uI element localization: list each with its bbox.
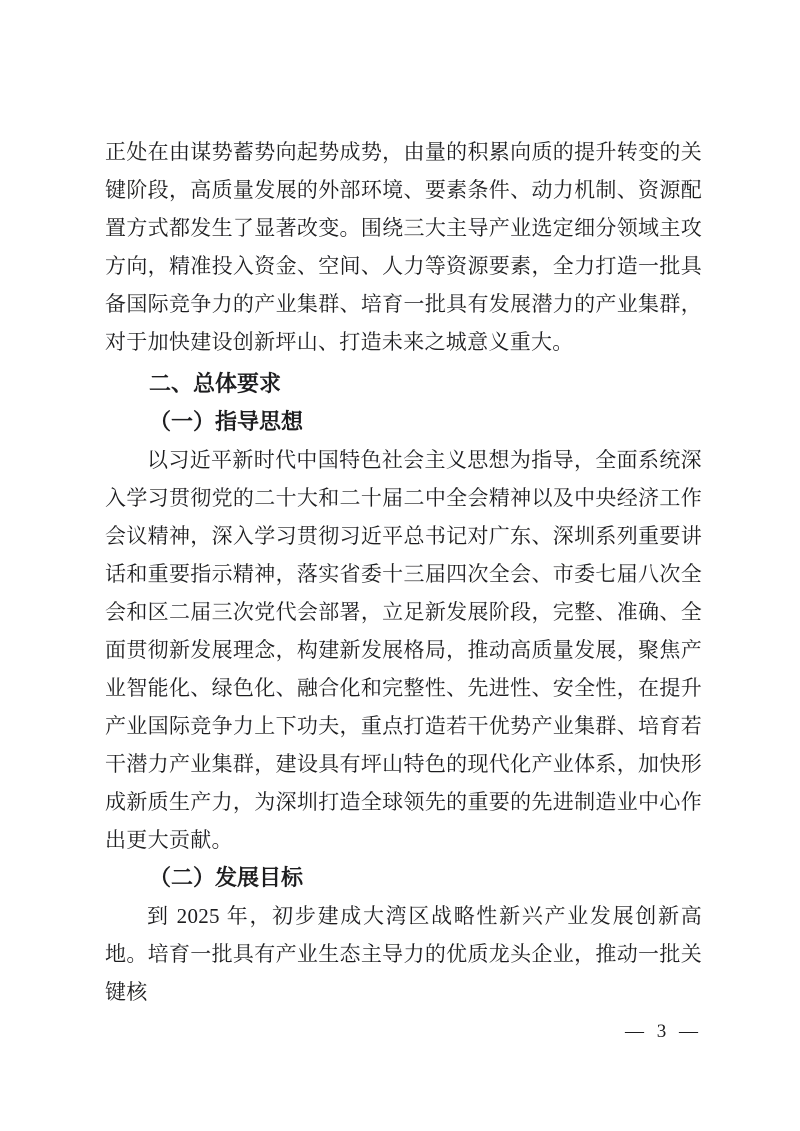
document-page: 正处在由谋势蓄势向起势成势，由量的积累向质的提升转变的关键阶段，高质量发展的外部… [0, 0, 800, 1131]
page-number: — 3 — [625, 1020, 702, 1044]
paragraph-continuation: 正处在由谋势蓄势向起势成势，由量的积累向质的提升转变的关键阶段，高质量发展的外部… [105, 133, 702, 361]
paragraph-development-goals: 到 2025 年，初步建成大湾区战略性新兴产业发展创新高地。培育一批具有产业生态… [105, 897, 702, 1011]
subsection-heading-development-goals: （二）发展目标 [105, 859, 702, 897]
paragraph-guiding-ideology: 以习近平新时代中国特色社会主义思想为指导，全面系统深入学习贯彻党的二十大和二十届… [105, 441, 702, 859]
section-heading-overall-requirements: 二、总体要求 [105, 365, 702, 403]
document-body: 正处在由谋势蓄势向起势成势，由量的积累向质的提升转变的关键阶段，高质量发展的外部… [105, 133, 702, 1011]
subsection-heading-guiding-ideology: （一）指导思想 [105, 403, 702, 441]
